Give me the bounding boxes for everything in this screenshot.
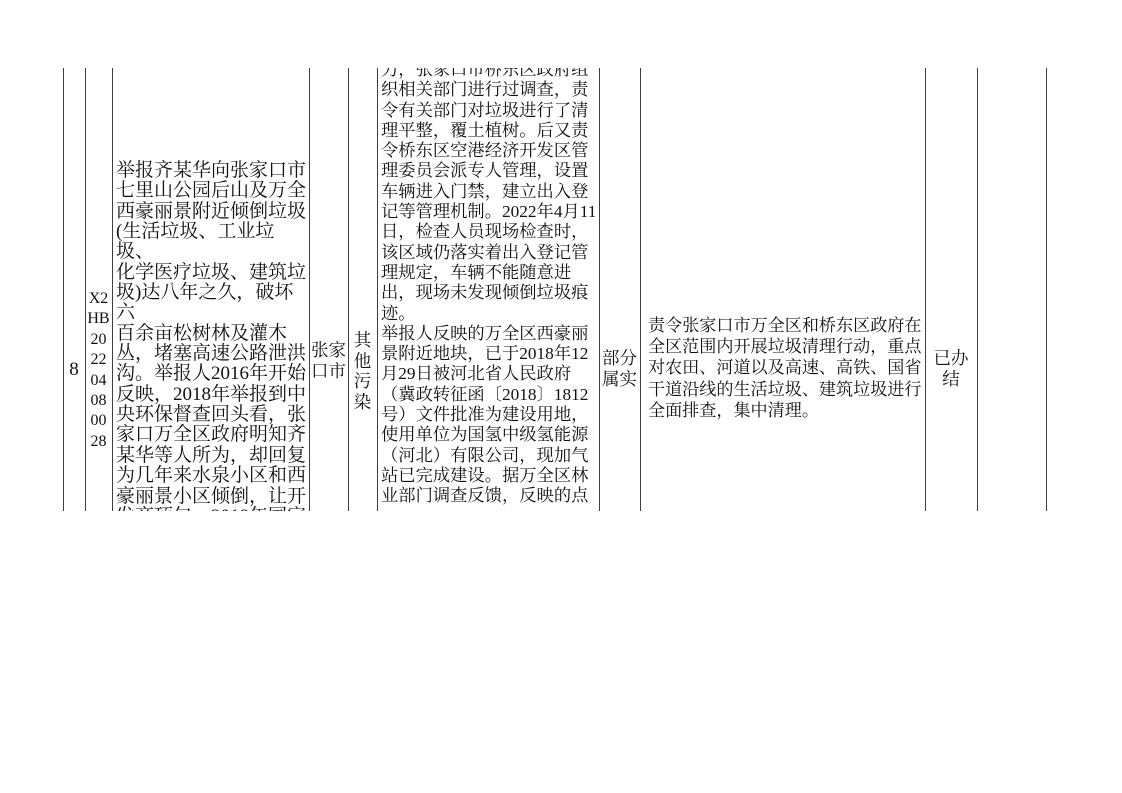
region-cell: 张家 口市 [309, 340, 348, 381]
serial-number-cell: 8 [63, 359, 85, 380]
column-border-8 [640, 68, 641, 511]
empty-cell [977, 68, 1046, 511]
column-border-1 [63, 68, 64, 511]
truth-status-cell: 部分 属实 [599, 348, 640, 389]
completion-status-cell: 已办 结 [925, 348, 977, 389]
verification-result-cell: 力，张家口市桥东区政府组 织相关部门进行过调查，责 令有关部门对垃圾进行了清 理… [377, 68, 599, 507]
column-border-5 [348, 68, 349, 511]
column-border-9 [925, 68, 926, 511]
acceptance-number-cell: X2 HB 20 22 04 08 00 28 [85, 289, 112, 452]
table-row-fragment: 8 X2 HB 20 22 04 08 00 28 举报齐某华向张家口市 七里山… [63, 68, 1048, 511]
document-page: 8 X2 HB 20 22 04 08 00 28 举报齐某华向张家口市 七里山… [0, 0, 1122, 793]
column-border-7 [599, 68, 600, 511]
column-border-11 [1046, 68, 1047, 511]
complaint-description-cell: 举报齐某华向张家口市 七里山公园后山及万全 西豪丽景附近倾倒垃圾 (生活垃圾、工… [112, 161, 312, 511]
pollution-type-cell: 其 他 污 染 [348, 330, 377, 412]
handling-action-cell: 责令张家口市万全区和桥东区政府在 全区范围内开展垃圾清理行动，重点 对农田、河道… [640, 315, 925, 421]
